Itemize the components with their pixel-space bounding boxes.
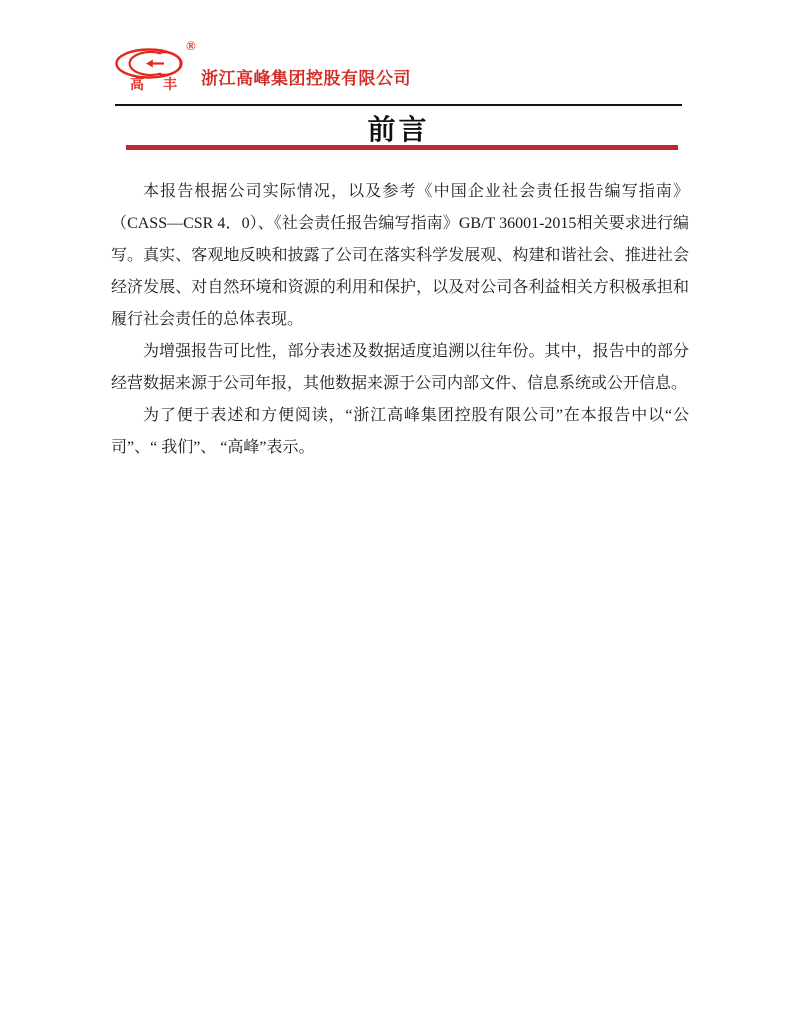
report-page: ® 高丰 浙江高峰集团控股有限公司 前言 本报告根据公司实际情况，以及参考《中国… xyxy=(0,0,800,1035)
title-underline-red xyxy=(126,145,678,150)
page-title: 前言 xyxy=(115,108,682,148)
company-name: 浙江高峰集团控股有限公司 xyxy=(201,64,411,89)
header-divider-line xyxy=(115,104,682,106)
paragraph-naming-convention: 为了便于表述和方便阅读，“浙江高峰集团控股有限公司”在本报告中以“公司”、“ 我… xyxy=(111,400,689,464)
paragraph-report-basis: 本报告根据公司实际情况，以及参考《中国企业社会责任报告编写指南》（CASS—CS… xyxy=(111,176,689,336)
paragraph-comparability: 为增强报告可比性，部分表述及数据适度追溯以往年份。其中，报告中的部分经营数据来源… xyxy=(111,336,689,400)
logo-text: 高丰 xyxy=(130,74,196,94)
preface-body: 本报告根据公司实际情况，以及参考《中国企业社会责任报告编写指南》（CASS—CS… xyxy=(111,176,689,464)
registered-trademark-icon: ® xyxy=(186,38,196,54)
brand-header: ® 高丰 浙江高峰集团控股有限公司 xyxy=(0,0,800,100)
